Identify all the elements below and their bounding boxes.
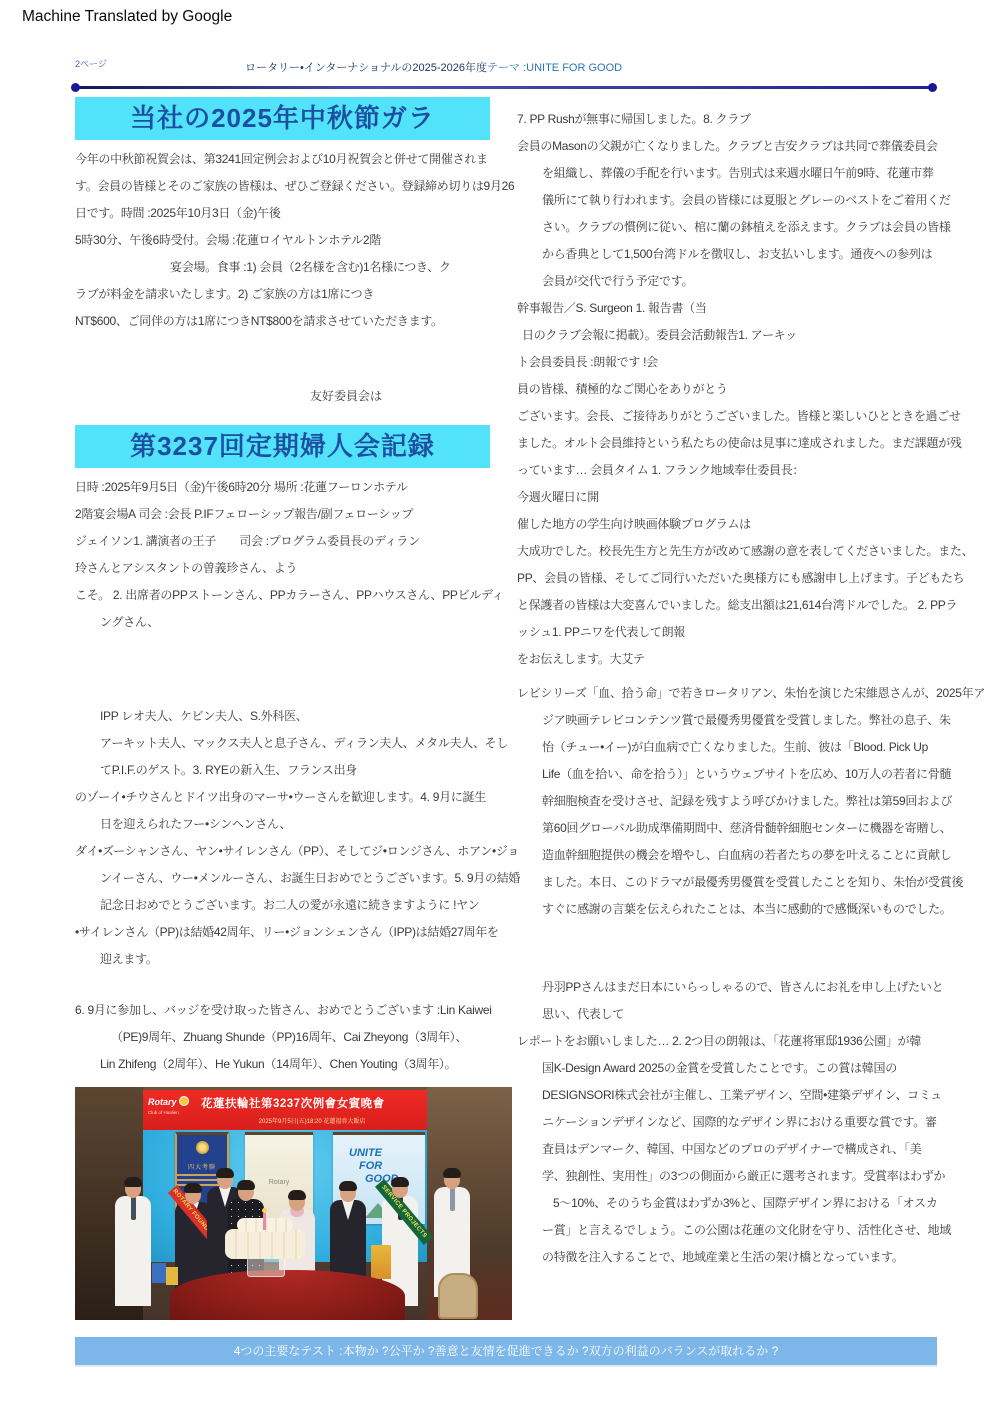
paragraph-gap [75,636,490,703]
text-line: 思い、代表して [517,1001,941,1028]
text-line: DESIGNSORI株式会社が主催し、工業デザイン、空間•建築デザイン、コミュ [517,1082,941,1109]
text-line: 7. PP Rushが無事に帰国しました。8. クラブ [517,106,941,133]
paragraph-gap [517,673,941,680]
text-line: 会員のMasonの父親が亡くなりました。クラブと吉安クラブは共同で葬儀委員会 [517,133,941,160]
rotary-logo-text: Rotary [148,1097,177,1107]
text-line: てP.I.F.のゲスト。3. RYEの新入生、フランス出身 [75,757,490,784]
text-line: ッシュ1. PPニワを代表して朗報 [517,619,941,646]
theme-prefix: ロータリー•インターナショナルの2025-2026年度 [245,62,487,74]
person-head [185,1186,201,1204]
rotary-club-text: Club of Hualien [148,1108,202,1118]
text-line: ダイ•ズーシャンさん、ヤン•サイレンさん（PP）、そしてジ•ロンジさん、ホアン•… [75,838,490,865]
gala-section-title: 当社の2025年中秋節ガラ [75,97,490,140]
gift-bag [152,1263,166,1283]
minutes-paragraph: 日時 :2025年9月5日（金)午後6時20分 場所 :花蓮フーロンホテル2階宴… [75,468,490,1078]
text-line: 幹細胞検査を受けさせ、記録を残すよう呼びかけました。弊社は第59回および [517,788,941,815]
text-line: ー賞」と言えるでしょう。この公園は花蓮の文化財を守り、活性化させ、地域 [517,1217,941,1244]
event-photo: Rotary Club of Hualien 花蓮扶輪社第3237次例會女賓晚會… [75,1087,512,1320]
text-line: 員の皆様、積極的なご関心をありがとう [517,376,941,403]
text-line: こそ。 2. 出席者のPPストーンさん、PPカラーさん、PPハウスさん、PPビル… [75,582,490,609]
text-line: のゾーイ•チウさんとドイツ出身のマーサ•ウーさんを歓迎します。4. 9月に誕生 [75,784,490,811]
text-line: 国K-Design Award 2025の金賞を受賞したことです。この賞は韓国の [517,1055,941,1082]
banquet-table [170,1270,405,1320]
right-banner-line: UNITE [349,1147,425,1160]
text-line: 6. 9月に参加し、バッジを受け取った皆さん、おめでとうございます :Lin K… [75,997,490,1024]
text-line: 査員はデンマーク、韓国、中国などのプロのデザイナーで構成され、「美 [517,1136,941,1163]
text-line: 迎えます。 [75,946,490,973]
right-banner-line: FOR [349,1160,425,1173]
text-line: Life（血を拾い、命を拾う）」というウェブサイトを広め、10万人の若者に骨髄 [517,761,941,788]
text-line: の特徴を注入することで、地域産業と生活の架け橋となっています。 [517,1244,941,1271]
text-line: 丹羽PPさんはまだ日本にいらっしゃるので、皆さんにお礼を申し上げたいと [517,974,941,1001]
rotary-logo: Rotary Club of Hualien [148,1096,202,1118]
text-line: 記念日おめでとうございます。お二人の愛が永遠に続きますように !ヤン [75,892,490,919]
tie [450,1187,455,1211]
chair [438,1273,478,1319]
text-line: をお伝えします。大艾テ [517,646,941,673]
photo-red-banner: Rotary Club of Hualien 花蓮扶輪社第3237次例會女賓晚會… [143,1090,427,1130]
text-line: 玲さんとアシスタントの曽義珍さん、よう [75,555,490,582]
text-line: 催した地方の学生向け映画体験プログラムは [517,511,941,538]
four-way-test-footer: 4つの主要なテスト :本物か ?公平か ?善意と友情を促進できるか ?双方の利益… [75,1337,937,1365]
text-line: ングさん、 [75,609,490,636]
tie [131,1196,136,1220]
text-line: ました。オルト会員維持という私たちの使命は見事に達成されました。まだ課題が残 [517,430,941,457]
text-line: っています… 会員タイム 1. フランク地域奉仕委員長： [517,457,941,484]
text-line: IPP レオ夫人、ケビン夫人、S.外科医、 [75,703,490,730]
gala-paragraph: 今年の中秋節祝賀会は、第3241回定例会および10月祝賀会と併せて開催されます。… [75,140,490,335]
page-number: 2ページ [75,57,107,70]
text-line: 怡（チュー•イー)が白血病で亡くなりました。生前、彼は「Blood. Pick … [517,734,941,761]
text-line: 今年の中秋節祝賀会は、第3241回定例会および10月祝賀会と併せて開催されま [75,146,490,173]
text-line: ト会員委員長 :朗報です !会 [517,349,941,376]
text-line: を組織し、葬儀の手配を行います。告別式は来週水曜日午前9時、花蓮市葬 [517,160,941,187]
text-line: アーキット夫人、マックス夫人と息子さん、ディラン夫人、メタル夫人、そし [75,730,490,757]
paragraph-gap [517,923,941,974]
text-line: 会員が交代で行う予定です。 [517,268,941,295]
text-line: ジェイソン1. 講演者の王子 司会 :プログラム委員長のディラン [75,528,490,555]
paragraph-gap [75,973,490,997]
text-line: 学、独創性、実用性」の3つの側面から厳正に選考されます。受賞率はわずか [517,1163,941,1190]
photo-banner-subtitle: 2025年9月5日(五)18:20 花蓮福容大飯店 [201,1116,423,1125]
person-head [289,1193,305,1211]
person-head [238,1183,254,1201]
text-line: 幹事報告／S. Surgeon 1. 報告書（当 [517,295,941,322]
cake [225,1229,305,1259]
text-line: す。会員の皆様とそのご家族の皆様は、ぜひご登録ください。登録締め切りは9月26 [75,173,490,200]
right-paragraph: 7. PP Rushが無事に帰国しました。8. クラブ会員のMasonの父親が亡… [517,100,941,1271]
text-line: ニケーションデザインなど、国際的なデザイン界における重要な賞です。審 [517,1109,941,1136]
divider-dot-left-icon [71,83,80,92]
text-line: ラブが料金を請求いたします。2) ご家族の方は1席につき [75,281,490,308]
person-head [125,1180,141,1198]
four-way-test-text: 4つの主要なテスト :本物か ?公平か ?善意と友情を促進できるか ?双方の利益… [234,1344,779,1358]
text-line: 日のクラブ会報に掲載）。委員会活動報告1. アーキッ [517,322,941,349]
text-line: 5時30分、午後6時受付。会場 :花蓮ロイヤルトンホテル2階 [75,227,490,254]
text-line: •サイレンさん（PP)は結婚42周年、リー•ジョンシェンさん（IPP)は結婚27… [75,919,490,946]
text-line: 2階宴会場A 司会 :会長 P.IFフェローシップ報告/副フェローシップ [75,501,490,528]
divider-dot-right-icon [928,83,937,92]
rotary-wheel-icon [179,1096,189,1106]
gift-bag [166,1267,178,1285]
text-line: レポートをお願いしました… 2. 2つ目の朗報は、「花蓮将軍邸1936公園」が韓 [517,1028,941,1055]
rotary-wheel-icon [196,1141,209,1154]
theme-line: ロータリー•インターナショナルの2025-2026年度テーマ :UNITE FO… [245,59,622,75]
text-line: から香典として1,500台湾ドルを徴収し、お支払いします。通夜への参列は [517,241,941,268]
text-line: 造血幹細胞提供の機会を増やし、白血病の若者たちの夢を叶えることに貢献し [517,842,941,869]
text-line: 日です。時間 :2025年10月3日（金)午後 [75,200,490,227]
person-head [340,1184,356,1202]
person-head [392,1180,408,1198]
right-column: 7. PP Rushが無事に帰国しました。8. クラブ会員のMasonの父親が亡… [517,100,941,1271]
photo-banner-title: 花蓮扶輪社第3237次例會女賓晚會 [201,1095,423,1111]
text-line: 日を迎えられたフー•シンヘンさん、 [75,811,490,838]
text-line: ございます。会長、ご接待ありがとうございました。皆様と楽しいひとときを過ごせ [517,403,941,430]
person-body [115,1196,151,1306]
person [111,1180,155,1306]
text-line: すぐに感謝の言葉を伝えられたことは、本当に感動的で感慨深いものでした。 [517,896,941,923]
candle [263,1213,266,1230]
cake-stand [247,1257,285,1277]
gift-bag [371,1245,391,1279]
text-line: ジア映画テレビコンテンツ賞で最優秀男優賞を受賞しました。弊社の息子、朱 [517,707,941,734]
text-line: ました。本日、このドラマが最優秀男優賞を受賞したことを知り、朱怡が受賞後 [517,869,941,896]
text-line: 日時 :2025年9月5日（金)午後6時20分 場所 :花蓮フーロンホテル [75,474,490,501]
text-line: 第60回グローバル助成準備期間中、慈済骨髄幹細胞センターに機器を寄贈し、 [517,815,941,842]
person-head [444,1171,460,1189]
friendship-note: 友好委員会は [75,383,490,410]
theme-title: テーマ :UNITE FOR GOOD [487,62,622,74]
text-line: PP、会員の皆様、そしてご同行いただいた奥様方にも感謝申し上げます。子どもたち [517,565,941,592]
text-line: 儀所にて執り行われます。会員の皆様には夏服とグレーのベストをご着用くだ [517,187,941,214]
text-line: 5〜10%、そのうち金賞はわずか3%と、国際デザイン界における「オスカ [517,1190,941,1217]
text-line: 大成功でした。校長先生方と先生方が改めて感謝の意を表してくださいました。また、 [517,538,941,565]
text-line: NT$600、ご同伴の方は1席につきNT$800を請求させていただきます。 [75,308,490,335]
text-line: （PE)9周年、Zhuang Shunde（PP)16周年、Cai Zheyon… [75,1024,490,1051]
text-line: さい。クラブの慣例に従い、棺に蘭の鉢植えを添えます。クラブは会員の皆様 [517,214,941,241]
newsletter-page: Machine Translated by Google 2ページ ロータリー•… [0,0,1000,1413]
text-line: と保護者の皆様は大変喜んでいました。総支出額は21,614台湾ドルでした。 2.… [517,592,941,619]
text-line: Lin Zhifeng（2周年）、He Yukun（14周年）、Chen You… [75,1051,490,1078]
center-banner-text: Rotary [269,1179,290,1186]
divider-line [75,86,933,89]
left-column: 当社の2025年中秋節ガラ 今年の中秋節祝賀会は、第3241回定例会および10月… [75,97,490,1320]
translator-note: Machine Translated by Google [22,8,232,26]
text-line: レビシリーズ「血、拾う命」で若きロータリアン、朱怡を演じた宋維恩さんが、2025… [517,680,941,707]
text-line: 宴会場。食事 :1) 会員（2名様を含む)1名様につき、ク [75,254,490,281]
text-line: 今週火曜日に開 [517,484,941,511]
text-line: ンイーさん、ウー•メンルーさん、お誕生日おめでとうございます。5. 9月の結婚 [75,865,490,892]
minutes-section-title: 第3237回定期婦人会記録 [75,425,490,468]
